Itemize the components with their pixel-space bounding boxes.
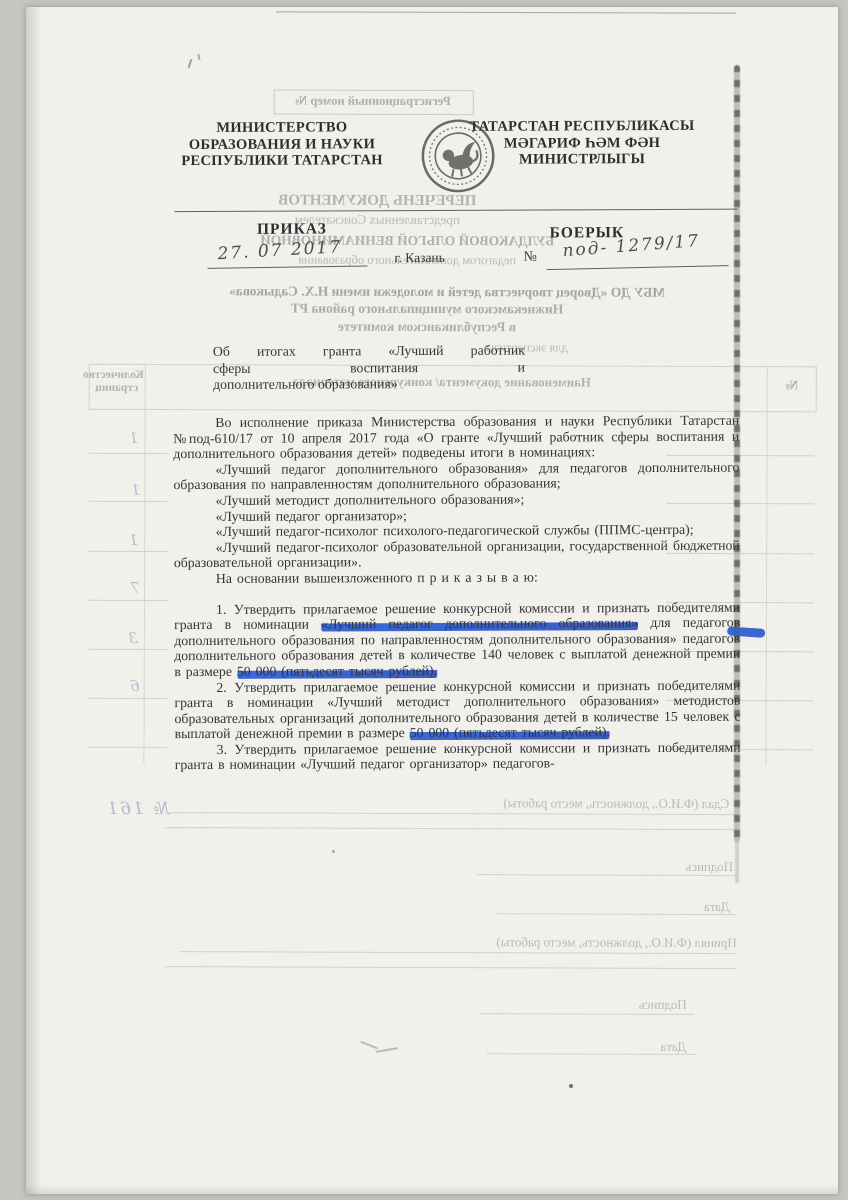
header-line: ТАТАРСТАН РЕСПУБЛИКАСЫ bbox=[444, 118, 720, 136]
subject-line: дополнительного образования» bbox=[213, 376, 525, 394]
header-line: РЕСПУБЛИКИ ТАТАРСТАН bbox=[144, 152, 420, 170]
header-tatar-name: ТАТАРСТАН РЕСПУБЛИКАСЫ МӘГАРИФ ҺӘМ ФӘН М… bbox=[444, 118, 720, 169]
body-text: «Лучший педагог организатор»; bbox=[216, 508, 407, 524]
paragraph-nomination-1: «Лучший педагог дополнительного образова… bbox=[173, 459, 739, 493]
body-text: Во исполнение приказа Министерства образ… bbox=[173, 413, 739, 462]
header-line: МӘГАРИФ ҺӘМ ФӘН bbox=[444, 134, 720, 152]
paragraph-nomination-5: «Лучший педагог-психолог образовательной… bbox=[174, 537, 740, 571]
pen-underline-mark: «Лучший педагог дополнительного образова… bbox=[321, 615, 638, 632]
header-rule bbox=[174, 209, 737, 212]
header-line: МИНИСТЕРСТВО bbox=[144, 119, 420, 137]
paragraph-item-2: 2. Утвердить прилагаемое решение конкурс… bbox=[174, 677, 740, 742]
header-russian-name: МИНИСТЕРСТВО ОБРАЗОВАНИЯ И НАУКИ РЕСПУБЛ… bbox=[144, 119, 420, 170]
scanned-document-page: Регистрационный номер №ПЕРЕЧЕНЬ ДОКУМЕНТ… bbox=[0, 0, 848, 1200]
handwritten-date: 27. 07 2017 bbox=[217, 237, 343, 264]
order-subject: Об итогах гранта «Лучший работник сферы … bbox=[213, 343, 525, 394]
number-underline bbox=[547, 265, 729, 270]
pen-underline-mark: 50 000 (пятьдесят тысяч рублей). bbox=[410, 725, 610, 742]
order-label-russian: ПРИКАЗ bbox=[229, 220, 354, 239]
pen-underline-mark: 50 000 (пятьдесят тысяч рублей). bbox=[237, 663, 437, 680]
header-line: МИНИСТРЛЫГЫ bbox=[444, 151, 720, 169]
header-line: ОБРАЗОВАНИЯ И НАУКИ bbox=[144, 136, 420, 154]
paragraph-item-1: 1. Утвердить прилагаемое решение конкурс… bbox=[174, 599, 740, 679]
number-sign: № bbox=[523, 250, 536, 266]
body-text: «Лучший методист дополнительного образов… bbox=[216, 492, 525, 508]
body-text: «Лучший педагог-психолог психолого-педаг… bbox=[216, 522, 694, 539]
body-text: «Лучший педагог-психолог образовательной… bbox=[174, 537, 740, 570]
paper-sheet: Регистрационный номер №ПЕРЕЧЕНЬ ДОКУМЕНТ… bbox=[26, 7, 838, 1194]
paragraph-preamble: Во исполнение приказа Министерства образ… bbox=[173, 413, 739, 462]
document-content: МИНИСТЕРСТВО ОБРАЗОВАНИЯ И НАУКИ РЕСПУБЛ… bbox=[23, 5, 840, 1196]
city-label: г. Казань bbox=[394, 250, 444, 266]
paragraph-item-3: 3. Утвердить прилагаемое решение конкурс… bbox=[175, 740, 741, 774]
paragraph-prikazyvaju: На основании вышеизложенного п р и к а з… bbox=[174, 569, 740, 587]
order-body: Во исполнение приказа Министерства образ… bbox=[173, 413, 741, 774]
subject-line: сферы воспитания и bbox=[213, 359, 525, 377]
body-text: 3. Утвердить прилагаемое решение конкурс… bbox=[175, 740, 741, 773]
subject-line: Об итогах гранта «Лучший работник bbox=[213, 343, 525, 361]
date-underline bbox=[208, 265, 368, 268]
body-text: На основании вышеизложенного п р и к а з… bbox=[216, 569, 538, 585]
body-text: «Лучший педагог дополнительного образова… bbox=[173, 459, 739, 492]
